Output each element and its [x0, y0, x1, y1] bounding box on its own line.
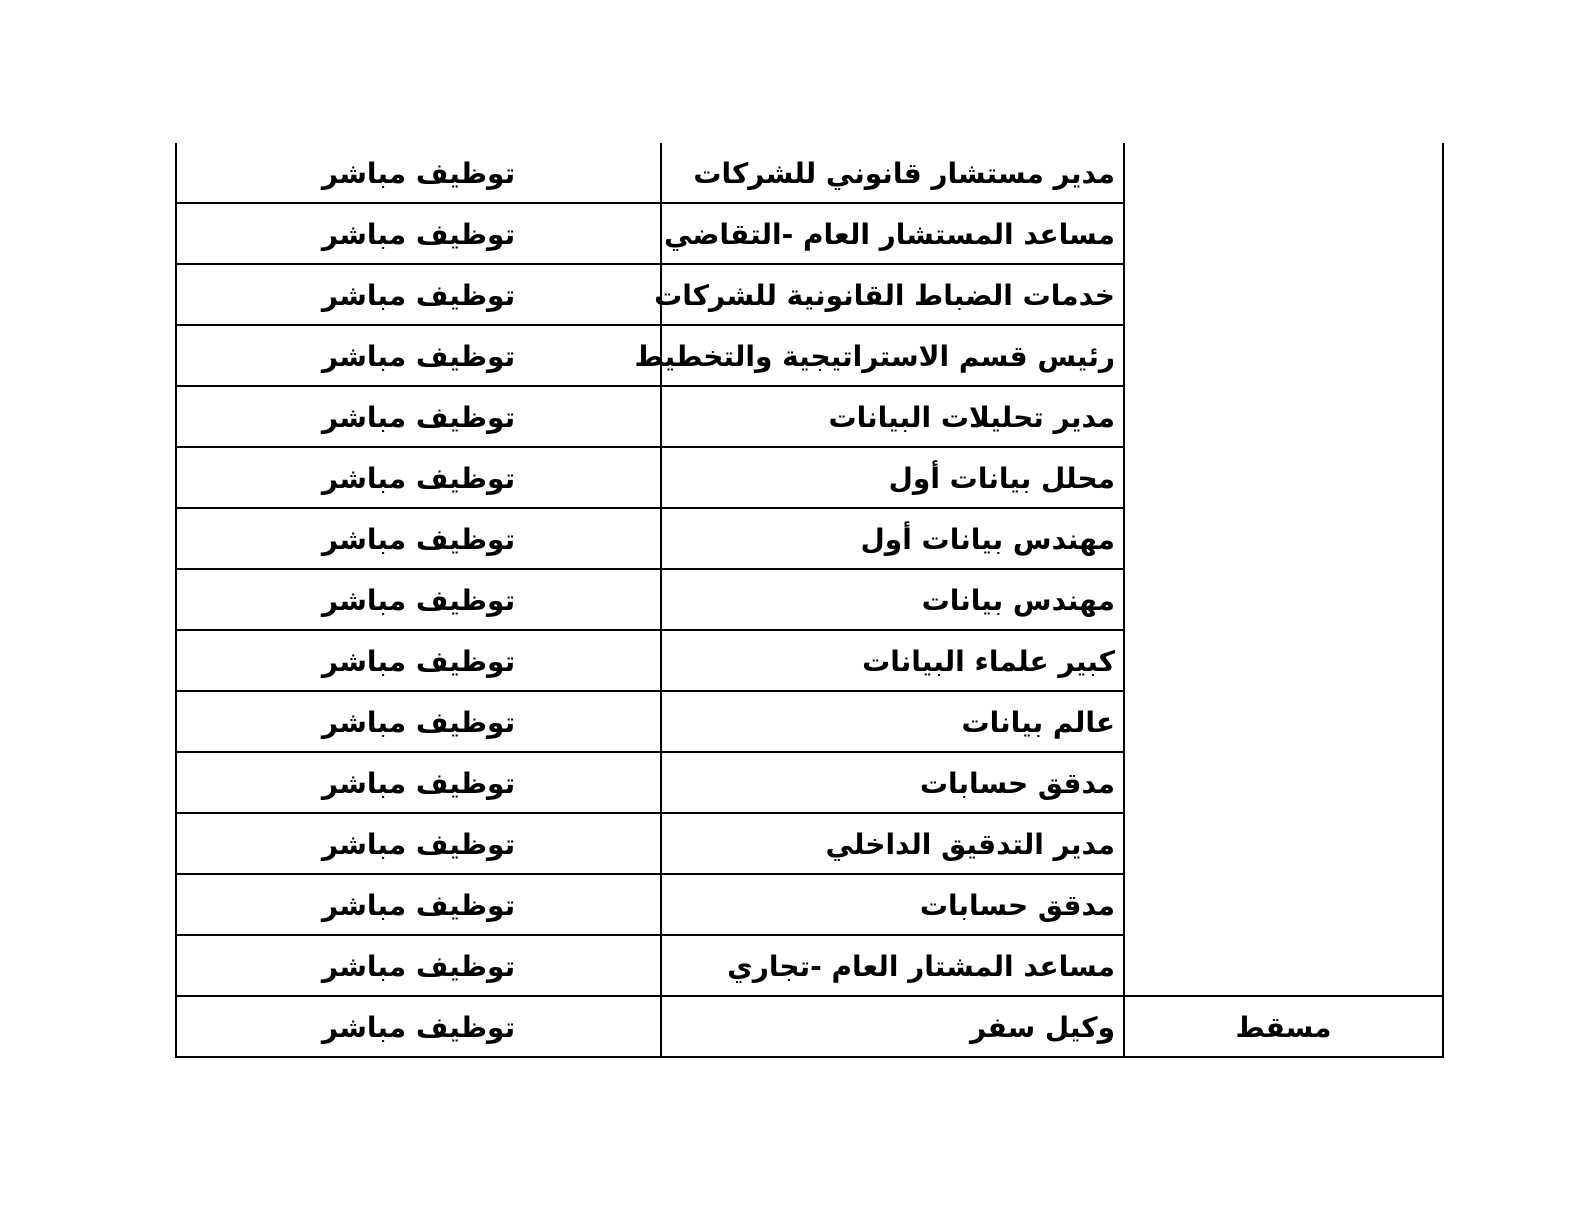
recruitment-type-cell: توظيف مباشر	[177, 753, 662, 814]
job-title-text: مدير التدقيق الداخلي	[826, 830, 1115, 861]
recruitment-type-cell: توظيف مباشر	[177, 692, 662, 753]
recruitment-type-text: توظيف مباشر	[322, 769, 515, 800]
job-title-text: كبير علماء البيانات	[862, 647, 1115, 678]
job-title-text: عالم بيانات	[962, 708, 1115, 739]
recruitment-type-cell: توظيف مباشر	[177, 448, 662, 509]
job-title-cell: مدير مستشار قانوني للشركات	[662, 143, 1125, 204]
job-title-text: رئيس قسم الاستراتيجية والتخطيط	[635, 342, 1115, 373]
recruitment-type-text: توظيف مباشر	[322, 586, 515, 617]
location-merged-cell	[1125, 143, 1444, 997]
job-title-text: مساعد المشتار العام -تجاري	[727, 952, 1115, 983]
recruitment-type-cell: توظيف مباشر	[177, 326, 662, 387]
recruitment-type-cell: توظيف مباشر	[177, 387, 662, 448]
job-title-cell: مدير تحليلات البيانات	[662, 387, 1125, 448]
recruitment-type-text: توظيف مباشر	[322, 159, 515, 190]
recruitment-type-text: توظيف مباشر	[322, 220, 515, 251]
recruitment-type-text: توظيف مباشر	[322, 525, 515, 556]
job-title-text: مدير تحليلات البيانات	[828, 403, 1115, 434]
job-title-text: مساعد المستشار العام -التقاضي	[664, 220, 1115, 251]
recruitment-type-text: توظيف مباشر	[322, 342, 515, 373]
job-title-text: مهندس بيانات أول	[861, 525, 1115, 556]
recruitment-type-cell: توظيف مباشر	[177, 143, 662, 204]
recruitment-type-text: توظيف مباشر	[322, 830, 515, 861]
job-title-cell: خدمات الضباط القانونية للشركات	[662, 265, 1125, 326]
document-page: توظيف مباشر مدير مستشار قانوني للشركات ت…	[0, 0, 1584, 1224]
recruitment-type-text: توظيف مباشر	[322, 952, 515, 983]
job-title-cell: مساعد المشتار العام -تجاري	[662, 936, 1125, 997]
job-title-cell: مدقق حسابات	[662, 753, 1125, 814]
job-title-cell: مدير التدقيق الداخلي	[662, 814, 1125, 875]
job-title-text: مدقق حسابات	[920, 891, 1115, 922]
job-title-cell: كبير علماء البيانات	[662, 631, 1125, 692]
job-title-cell: مدقق حسابات	[662, 875, 1125, 936]
recruitment-type-text: توظيف مباشر	[322, 403, 515, 434]
recruitment-type-text: توظيف مباشر	[322, 708, 515, 739]
location-text: مسقط	[1236, 1013, 1332, 1044]
recruitment-type-text: توظيف مباشر	[322, 647, 515, 678]
recruitment-type-cell: توظيف مباشر	[177, 814, 662, 875]
job-title-cell: وكيل سفر	[662, 997, 1125, 1058]
job-title-cell: محلل بيانات أول	[662, 448, 1125, 509]
recruitment-type-text: توظيف مباشر	[322, 1013, 515, 1044]
job-title-text: خدمات الضباط القانونية للشركات	[654, 281, 1115, 312]
recruitment-type-cell: توظيف مباشر	[177, 997, 662, 1058]
job-title-cell: مهندس بيانات	[662, 570, 1125, 631]
recruitment-type-text: توظيف مباشر	[322, 281, 515, 312]
job-title-text: محلل بيانات أول	[889, 464, 1115, 495]
recruitment-type-cell: توظيف مباشر	[177, 204, 662, 265]
recruitment-type-text: توظيف مباشر	[322, 464, 515, 495]
recruitment-type-cell: توظيف مباشر	[177, 631, 662, 692]
job-title-text: وكيل سفر	[970, 1013, 1115, 1044]
recruitment-type-cell: توظيف مباشر	[177, 265, 662, 326]
job-title-text: مدير مستشار قانوني للشركات	[693, 159, 1115, 190]
job-title-cell: مساعد المستشار العام -التقاضي	[662, 204, 1125, 265]
job-title-text: مهندس بيانات	[922, 586, 1115, 617]
recruitment-type-cell: توظيف مباشر	[177, 875, 662, 936]
recruitment-type-cell: توظيف مباشر	[177, 509, 662, 570]
job-title-cell: عالم بيانات	[662, 692, 1125, 753]
recruitment-type-text: توظيف مباشر	[322, 891, 515, 922]
jobs-table: توظيف مباشر مدير مستشار قانوني للشركات ت…	[175, 143, 1444, 1058]
job-title-text: مدقق حسابات	[920, 769, 1115, 800]
recruitment-type-cell: توظيف مباشر	[177, 570, 662, 631]
location-cell: مسقط	[1125, 997, 1444, 1058]
job-title-cell: مهندس بيانات أول	[662, 509, 1125, 570]
recruitment-type-cell: توظيف مباشر	[177, 936, 662, 997]
job-title-cell: رئيس قسم الاستراتيجية والتخطيط	[662, 326, 1125, 387]
